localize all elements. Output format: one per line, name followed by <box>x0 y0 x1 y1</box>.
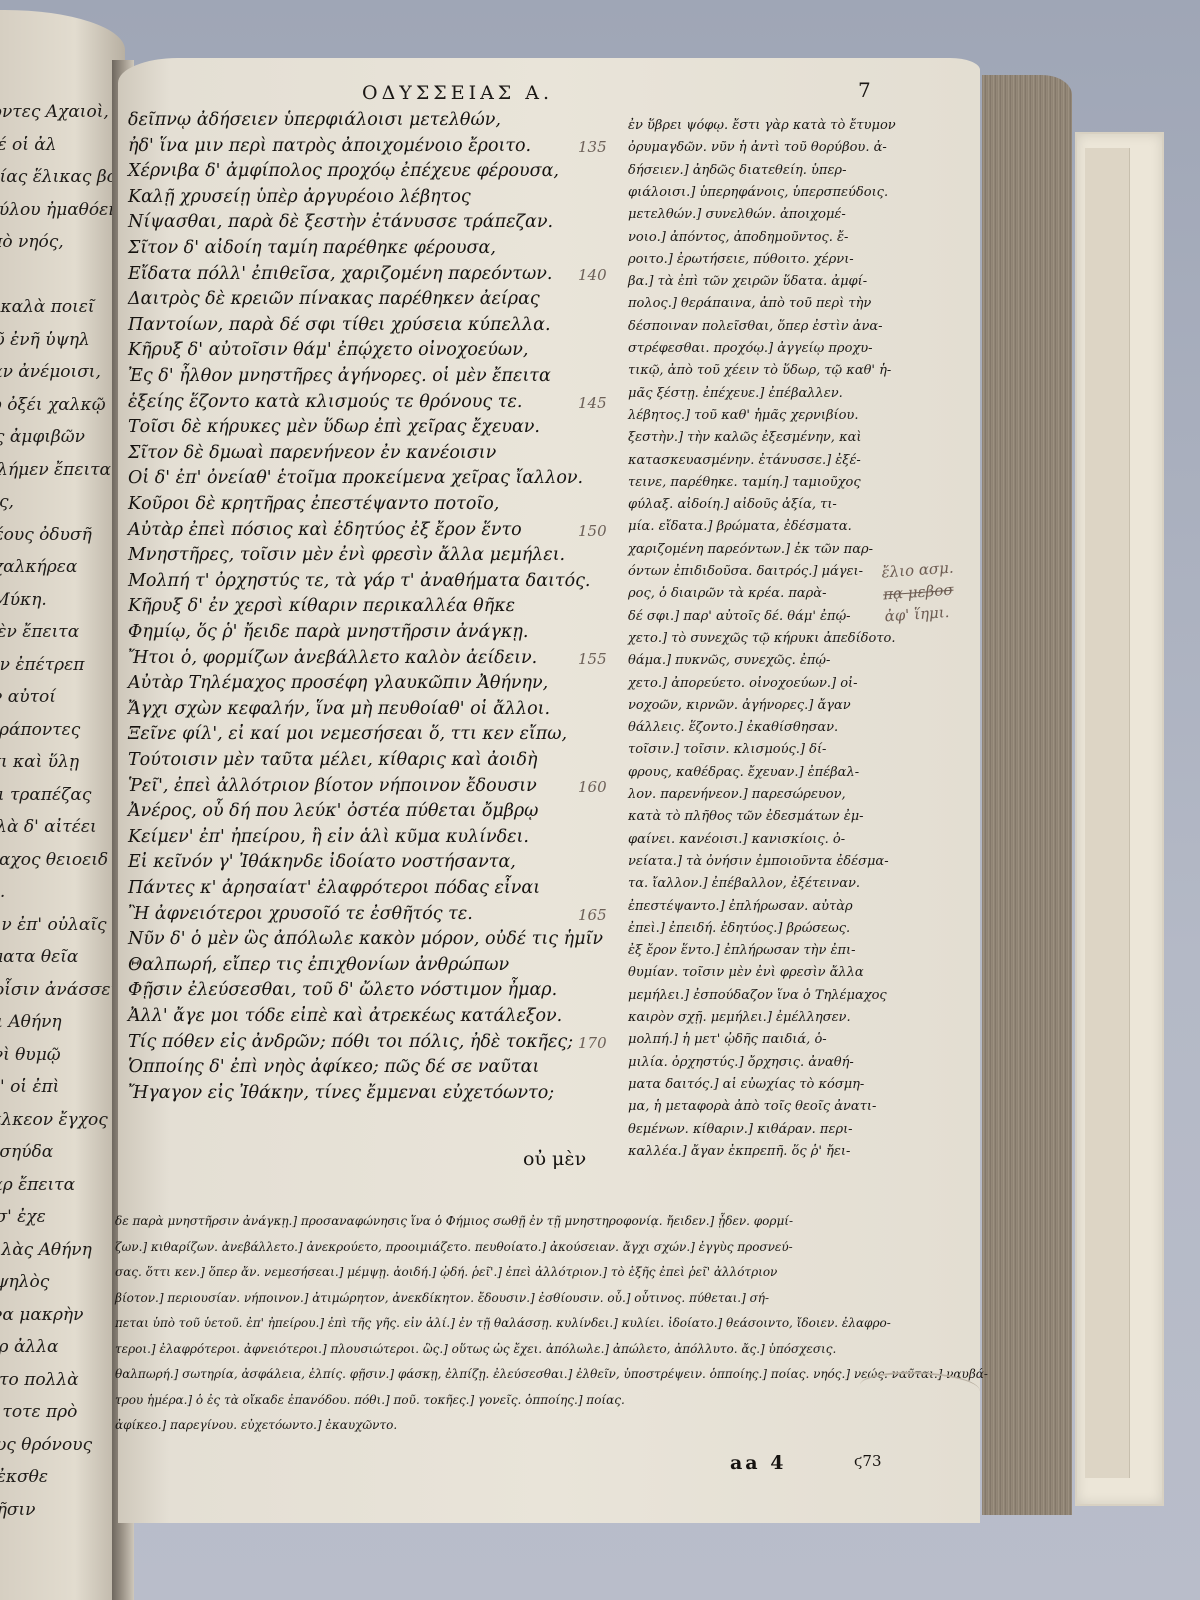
verse-line: Τίς πόθεν εἰς ἀνδρῶν; πόθι τοι πόλις, ἠδ… <box>128 1032 628 1052</box>
verse-line: Δαιτρὸς δὲ κρειῶν πίνακας παρέθηκεν ἀείρ… <box>128 289 628 309</box>
left-page-line: ὁ θεράποντες <box>0 720 80 740</box>
left-page-line: ορι Μύκη. <box>0 590 47 610</box>
scholia-line: μολπή.] ἡ μετ' ᾠδῆς παιδιά, ὁ- <box>628 1032 890 1047</box>
commentary-line: βίοτον.] περιουσίαν. νήποινον.] ἀτιμώρητ… <box>115 1291 875 1305</box>
commentary-line: τρου ἡμέρα.] ὁ ἐς τὰ οἴκαδε ἐπανόδου. πό… <box>115 1393 875 1407</box>
vellum-cover <box>1075 132 1164 1506</box>
folio-number: 7 <box>858 78 871 102</box>
verse-line: Ἢ ἀφνειότεροι χρυσοῖό τε ἐσθῆτός τε. <box>128 904 628 924</box>
scholia-line: τεινε, παρέθηκε. ταμίη.] ταμιοῦχος <box>628 475 890 490</box>
scholia-line: μα, ἡ μεταφορὰ ἀπὸ τοῖς θεοῖς ἀνατι- <box>628 1099 890 1114</box>
scholia-line: νοχοῶν, κιρνῶν. ἀγήνορες.] ἄγαν <box>628 698 890 713</box>
left-page-line: ἵστατο πολλὰ <box>0 1370 79 1390</box>
left-page-line: λλὰ τοτε πρὸ <box>0 1402 77 1422</box>
left-page-line: σιν οἷσιν ἀνάσσει <box>0 980 117 1000</box>
scholia-line: θεμένων. κίθαριν.] κιθάραν. περι- <box>628 1122 890 1137</box>
scholia-line: ἐν ὕβρει ψόφῳ. ἔστι γὰρ κατὰ τὸ ἔτυμον <box>628 118 890 133</box>
verse-line: Ἀλλ' ἄγε μοι τόδε εἰπὲ καὶ ἀτρεκέως κατά… <box>128 1006 628 1026</box>
verse-line: Κῆρυξ δ' ἐν χερσὶ κίθαριν περικαλλέα θῆκ… <box>128 596 628 616</box>
scholia-line: ξεστὴν.] τὴν καλῶς ἐξεσμένην, καὶ <box>628 430 890 445</box>
scholia-line: μεμήλει.] ἐσπούδαζον ἵνα ὁ Τηλέμαχος <box>628 988 890 1003</box>
scholia-line: δήσειεν.] ἀηδῶς διατεθείη. ὑπερ- <box>628 163 890 178</box>
scholia-line: μᾶς ξέστῃ. ἐπέχευε.] ἐπέβαλλεν. <box>628 386 890 401</box>
scholia-line: ὀρυμαγδῶν. νῦν ἡ ἀντὶ τοῦ θορύβου. ἀ- <box>628 140 890 155</box>
left-page-line: αὐτὰρ ἔπειτα <box>0 1175 75 1195</box>
verse-line: Ἤγαγον εἰς Ἰθάκην, τίνες ἔμμεναι εὐχετόω… <box>128 1083 628 1103</box>
left-page-line: ἔσσι Αθήνη <box>0 1012 62 1032</box>
commentary-line: ζων.] κιθαρίζων. ἀνεβάλλετο.] ἀνεκρούετο… <box>115 1240 875 1254</box>
line-number: 145 <box>578 394 607 412</box>
scholia-line: ρος, ὁ διαιρῶν τὰ κρέα. παρὰ- <box>628 586 890 601</box>
left-page-line: λέσσ' ἐχε <box>0 1207 46 1227</box>
commentary-line: ἀφίκεο.] παρεγίνου. εὐχετόωντο.] ἐκαυχῶν… <box>115 1418 875 1432</box>
scholia-line: χετο.] ἀπορεύετο. οἰνοχοεύων.] οἰ- <box>628 676 890 691</box>
verse-line: Πάντες κ' ἀρησαίατ' ἐλαφρότεροι πόδας εἶ… <box>128 878 628 898</box>
scholia-line: μετελθών.] συνελθών. ἀποιχομέ- <box>628 207 890 222</box>
page-fore-edge <box>982 75 1072 1515</box>
scholia-line: χαριζομένη παρεόντων.] ἐκ τῶν παρ- <box>628 542 890 557</box>
scholia-line: φρους, καθέδρας. ἔχευαν.] ἐπέβαλ- <box>628 765 890 780</box>
manuscript-number: ϛ73 <box>854 1452 882 1470</box>
scholia-line: νοιο.] ἀπόντος, ἀποδημοῦντος. ἔ- <box>628 230 890 245</box>
left-page-line: παλλὰς Αθήνη <box>0 1240 92 1260</box>
scholia-line: ἐπεστέψαντο.] ἐπλήρωσαν. αὐτὰρ <box>628 899 890 914</box>
scholia-line: χετο.] τὸ συνεχῶς τῷ κήρυκι ἀπεδίδοτο. <box>628 631 890 646</box>
line-number: 140 <box>578 266 607 284</box>
verse-line: Ἤτοι ὁ, φορμίζων ἀνεβάλλετο καλὸν ἀείδει… <box>128 648 628 668</box>
left-page-line: θυρέους ὀδυσῆ <box>0 525 92 545</box>
left-page-line: οἱ πέ οἱ ἀλ <box>0 135 57 155</box>
verse-line: Εἰ κεῖνόν γ' Ἰθάκηνδε ἰδοίατο νοστήσαντα… <box>128 852 628 872</box>
left-page-line: λέμαχος θειοειδ <box>0 850 108 870</box>
scholia-line: ἐπεὶ.] ἐπειδή. ἐδητύος.] βρώσεως. <box>628 921 890 936</box>
scholia-line: θάλλεις. ἕζοντο.] ἐκαθίσθησαν. <box>628 720 890 735</box>
left-page-line: κούοντες Αχαιοὶ, <box>0 102 109 122</box>
scholia-line: μία. εἴδατα.] βρώματα, ἐδέσματα. <box>628 519 890 534</box>
left-page-line: ῆμου ὀξέι χαλκῷ <box>0 395 106 415</box>
verse-line: δεῖπνῳ ἀδήσειεν ὑπερφιάλοισι μετελθών, <box>128 110 628 130</box>
left-page-line: ασαν ἀνέμοισι, <box>0 362 101 382</box>
left-page-line: ες Πύλου ἠμαθόεντ <box>0 200 125 220</box>
left-page-line: δώματα θεῖα <box>0 947 78 967</box>
scholia-line: ροιτο.] ἐρωτήσειε, πύθοιτο. χέρνι- <box>628 252 890 267</box>
commentary-line: σας. ὅττι κεν.] ὅπερ ἄν. νεμεσήσεαι.] μέ… <box>115 1265 875 1279</box>
verse-line: ἠδ' ἵνα μιν περὶ πατρὸς ἀποιχομένοιο ἔρο… <box>128 136 628 156</box>
scholia-line: δέσποιναν πολεῖσθαι, ὅπερ ἐστὶν ἀνα- <box>628 319 890 334</box>
verse-line: Ῥεῖ', ἐπεὶ ἀλλότριον βίοτον νήποινον ἔδο… <box>128 776 628 796</box>
scholia-line: καιρὸν σχῇ. μεμήλει.] ἐμέλλησεν. <box>628 1010 890 1025</box>
scholia-line: νείατα.] τὰ ὀνήσιν ἐμποιοῦντα ἐδέσμα- <box>628 854 890 869</box>
cover-turn-in <box>1085 148 1130 1478</box>
left-page-line: τοῖσι τραπέζας <box>0 785 91 805</box>
left-page-line: υμὸν ἐπέτρεπ <box>0 655 84 675</box>
verse-line: Κῆρυξ δ' αὐτοῖσιν θάμ' ἐπῴχετο οἰνοχοεύω… <box>128 340 628 360</box>
verse-line: Ἄγχι σχὼν κεφαλήν, ἵνα μὴ πευθοίαθ' οἱ ἄ… <box>128 699 628 719</box>
left-page-line: μαγῆσιν <box>0 1500 35 1520</box>
scholia-line: πολος.] θεράπαινα, ἀπὸ τοῦ περὶ τὴν <box>628 296 890 311</box>
verse-line: Οἱ δ' ἐπ' ὀνείαθ' ἑτοῖμα προκείμενα χεῖρ… <box>128 468 628 488</box>
line-number: 160 <box>578 778 607 796</box>
verse-line: Τούτοισιν μὲν ταῦτα μέλει, κίθαρις καὶ ἀ… <box>128 750 628 770</box>
line-number: 150 <box>578 522 607 540</box>
left-page-line: πῆσι καὶ ὕλῃ <box>0 752 79 772</box>
scholia-line: όντων ἐπιδιδοῦσα. δαιτρός.] μάγει- <box>628 564 890 579</box>
left-page-line: εχας ἀμφιβῶν <box>0 427 85 447</box>
left-page-line: πολλὰ δ' αἰτέει <box>0 817 97 837</box>
scholia-line: θάμα.] πυκνῶς, συνεχῶς. ἐπῴ- <box>628 653 890 668</box>
verse-line: Μολπή τ' ὀρχηστύς τε, τὰ γάρ τ' ἀναθήματ… <box>128 571 628 591</box>
verse-line: Νίψασθαι, παρὰ δὲ ξεστὴν ἐτάνυσσε τράπεζ… <box>128 212 628 232</box>
left-page-line: ποδίας ἕλικας βόε <box>0 167 125 187</box>
running-head: ΟΔΥΣΣΕΙΑΣ Α. <box>362 82 553 104</box>
verse-line: Αὐτὰρ Τηλέμαχος προσέφη γλαυκῶπιν Ἀθήνην… <box>128 673 628 693</box>
verse-line: Ἐς δ' ἦλθον μνηστῆρες ἀγήνορες. οἱ μὲν ἔ… <box>128 366 628 386</box>
scholia-line: φύλαξ. αἰδοίη.] αἰδοῦς ἀξία, τι- <box>628 497 890 512</box>
verse-line: Νῦν δ' ὁ μὲν ὣς ἀπόλωλε κακὸν μόρον, οὐδ… <box>128 929 628 949</box>
scholia-line: λον. παρενήνεον.] παρεσώρευον, <box>628 787 890 802</box>
scholia-line: καλλέα.] ἄγαν ἐκπρεπῆ. ὅς ῥ' ἤει- <box>628 1144 890 1159</box>
left-page-line: ὁ ἐνὶ θυμῷ <box>0 1045 61 1065</box>
verse-line: Σῖτον δ' αἰδοίη ταμίη παρέθηκε φέρουσα, <box>128 238 628 258</box>
commentary-line: θαλπωρή.] σωτηρία, ἀσφάλεια, ἐλπίς. φῇσι… <box>115 1367 875 1381</box>
verse-line: Καλῇ χρυσείῃ ὑπὲρ ἀργυρέοιο λέβητος <box>128 187 628 207</box>
verse-line: Τοῖσι δὲ κήρυκες μὲν ὕδωρ ἐπὶ χεῖρας ἔχε… <box>128 417 628 437</box>
line-number: 155 <box>578 650 607 668</box>
left-page-line: ἐβολήμεν ἔπειτα <box>0 460 111 480</box>
line-number: 135 <box>578 138 607 156</box>
left-page-line: οἱ μὲν ἔπειτα <box>0 622 79 642</box>
left-page-line: αἴξας, <box>0 492 14 512</box>
scholia-line: τοῖσιν.] τοῖσιν. κλισμούς.] δί- <box>628 742 890 757</box>
handwritten-marginalia: ἔλιο ασμ. πᾳ μεβοσ ἀφ' ἵημι. <box>881 555 985 628</box>
left-page-line: ῥ τὸ καλὰ ποιεῖ <box>0 297 95 317</box>
verse-line: Ξεῖνε φίλ', εἰ καί μοι νεμεσήσεαι ὅ, ττι… <box>128 724 628 744</box>
verse-line: Ὁπποίης δ' ἐπὶ νηὸς ἀφίκεο; πῶς δέ σε να… <box>128 1057 628 1077</box>
left-page-line: προσηύδα <box>0 1142 53 1162</box>
left-page-line: ν ἀπὸ νηός, <box>0 232 64 252</box>
scholia-line: βα.] τὰ ἐπὶ τῶν χειρῶν ὕδατα. ἀμφί- <box>628 274 890 289</box>
scholia-line: λέβητος.] τοῦ καθ' ἡμᾶς χερνιβίου. <box>628 408 890 423</box>
scholia-line: δέ σφι.] παρ' αὐτοῖς δέ. θάμ' ἐπῴ- <box>628 609 890 624</box>
left-page-line: ρεσιν ἐπ' οὐλαῖς <box>0 915 107 935</box>
commentary-line: τεροι.] ἐλαφρότεροι. ἀφνειότεροι.] πλουσ… <box>115 1342 875 1356</box>
scholia-line: θυμίαν. τοῖσιν μὲν ἐνὶ φρεσὶν ἄλλα <box>628 965 890 980</box>
scholia-line: φιάλοισι.] ὑπερηφάνοις, ὑπερσπεύδοις. <box>628 185 890 200</box>
verse-line: ἑξείης ἕζοντο κατὰ κλισμούς τε θρόνους τ… <box>128 392 628 412</box>
left-page-line: ἐν ὑψηλὸς <box>0 1272 49 1292</box>
verse-line: Κοῦροι δὲ κρητῆρας ἐπεστέψαντο ποτοῖο, <box>128 494 628 514</box>
catchword: οὐ μὲν <box>523 1148 586 1170</box>
left-page-line: δ' ὅρ ἀλλα <box>0 1337 58 1357</box>
left-page-line: χε χαλκήρεα <box>0 557 77 577</box>
scholia-line: ματα δαιτός.] αἱ εὐωχίας τὸ κόσμη- <box>628 1077 890 1092</box>
verse-line: Ἀνέρος, οὗ δή που λεύκ' ὀστέα πύθεται ὄμ… <box>128 801 628 821</box>
scholia-line: στρέφεσθαι. προχόῳ.] ἀγγείῳ προχυ- <box>628 341 890 356</box>
left-page-line: κίονα μακρὴν <box>0 1305 83 1325</box>
verse-line: Μνηστῆρες, τοῖσιν μὲν ἐνὶ φρεσὶν ἄλλα με… <box>128 545 628 565</box>
verse-line: Φῇσιν ἐλεύσεσθαι, τοῦ δ' ὤλετο νόστιμον … <box>128 980 628 1000</box>
scholia-line: φαίνει. κανέοισι.] κανισκίοις. ὀ- <box>628 832 890 847</box>
verse-line: Σῖτον δὲ δμωαὶ παρενήνεον ἐν κανέοισιν <box>128 443 628 463</box>
scholia-line: τικῷ, ἀπὸ τοῦ χέειν τὸ ὕδωρ, τῷ καθ' ἡ- <box>628 363 890 378</box>
scholia-line: μιλία. ὀρχηστύς.] ὄρχησις. ἀναθή- <box>628 1055 890 1070</box>
verse-line: Φημίῳ, ὅς ῥ' ἤειδε παρὰ μνηστῆρσιν ἀνάγκ… <box>128 622 628 642</box>
verse-line: Εἴδατα πόλλ' ἐπιθεῖσα, χαριζομένη παρεόν… <box>128 264 628 284</box>
left-page-line: λὸν ἐκσθε <box>0 1467 48 1487</box>
verse-line: Χέρνιβα δ' ἀμφίπολος προχόῳ ἐπέχευε φέρο… <box>128 161 628 181</box>
verse-line: Παντοίων, παρὰ δέ σφι τίθει χρύσεια κύπε… <box>128 315 628 335</box>
verse-line: Αὐτὰρ ἐπεὶ πόσιος καὶ ἐδητύος ἐξ ἔρον ἕν… <box>128 520 628 540</box>
left-page-line: ὁ χάλκεον ἔγχος <box>0 1110 108 1130</box>
left-page-line: ανον αὐτοί <box>0 687 56 707</box>
signature-mark: aa 4 <box>730 1452 786 1474</box>
verse-line: Θαλπωρή, εἴπερ τις ἐπιχθονίων ἀνθρώπων <box>128 955 628 975</box>
left-page: κούοντες Αχαιοὶ,οἱ πέ οἱ ἀλποδίας ἕλικας… <box>0 10 125 1600</box>
left-page-line: ἕμοῦ ἐνῆ ὑψηλ <box>0 330 90 350</box>
left-page-line: ιμους θρόνους <box>0 1435 92 1455</box>
commentary-line: δε παρὰ μνηστῆρσιν ἀνάγκῃ.] προσαναφώνησ… <box>115 1214 875 1228</box>
left-page-line: ἦτορ. <box>0 882 5 902</box>
scholia-line: τα. ἴαλλον.] ἐπέβαλλον, ἐξέτειναν. <box>628 876 890 891</box>
commentary-line: πεται ὑπὸ τοῦ ὑετοῦ. ἐπ' ἠπείρου.] ἐπὶ τ… <box>115 1316 875 1330</box>
line-number: 170 <box>578 1034 607 1052</box>
verse-line: Κείμεν' ἐπ' ἠπείρου, ἢ εἰν ἁλὶ κῦμα κυλί… <box>128 827 628 847</box>
scholia-line: κατὰ τὸ πλῆθος τῶν ἐδεσμάτων ἐμ- <box>628 809 890 824</box>
scholia-line: κατασκευασμένην. ἐτάνυσσε.] ἐξέ- <box>628 453 890 468</box>
line-number: 165 <box>578 906 607 924</box>
scholia-line: ἐξ ἔρον ἕντο.] ἐπλήρωσαν τὴν ἐπι- <box>628 943 890 958</box>
left-page-line: ἔχυθ' οἱ ἐπὶ <box>0 1077 59 1097</box>
